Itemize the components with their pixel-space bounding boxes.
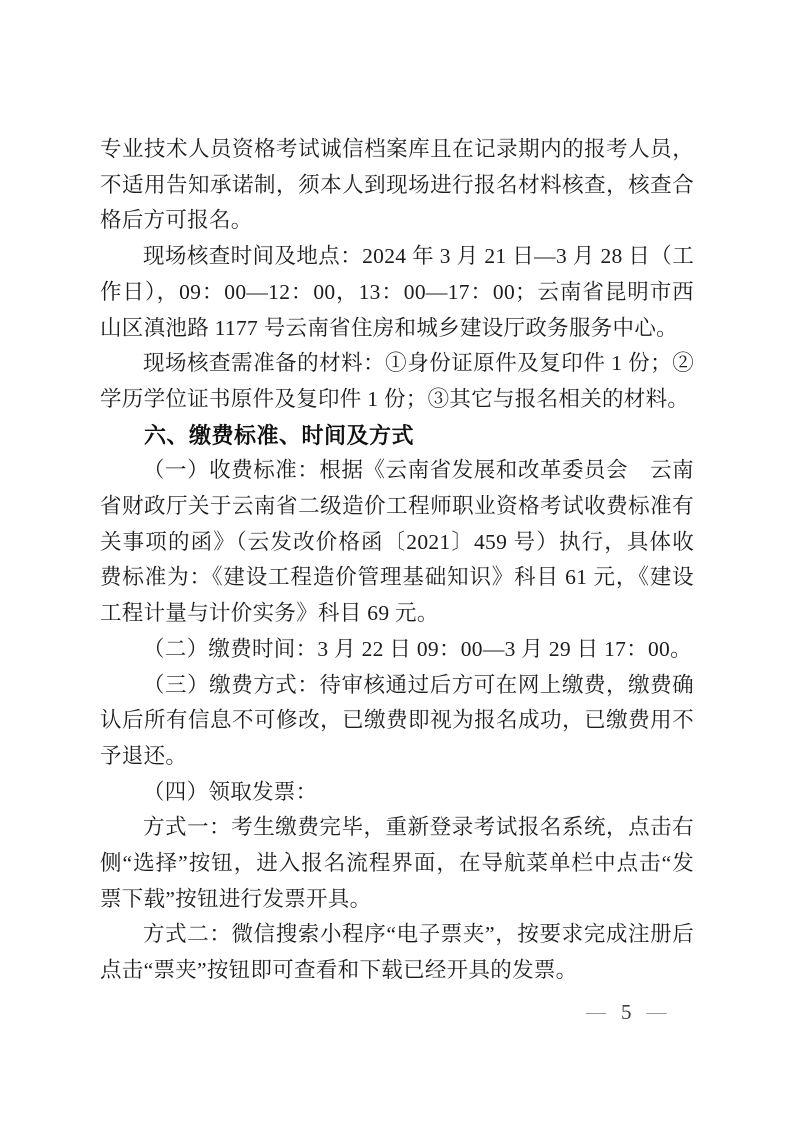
section-heading-payment: 六、缴费标准、时间及方式 bbox=[100, 418, 694, 454]
paragraph-invoice-method-1: 方式一：考生缴费完毕，重新登录考试报名系统，点击右侧“选择”按钮，进入报名流程界… bbox=[100, 810, 694, 917]
paragraph-payment-time: （二）缴费时间：3 月 22 日 09：00—3 月 29 日 17：00。 bbox=[100, 632, 694, 668]
paragraph-payment-method: （三）缴费方式：待审核通过后方可在网上缴费，缴费确认后所有信息不可修改，已缴费即… bbox=[100, 668, 694, 775]
page-number-dash-left: — bbox=[586, 1001, 606, 1023]
paragraph-onsite-check-time: 现场核查时间及地点：2024 年 3 月 21 日—3 月 28 日（工作日），… bbox=[100, 239, 694, 346]
paragraph-invoice-heading: （四）领取发票： bbox=[100, 775, 694, 811]
document-page: 专业技术人员资格考试诚信档案库且在记录期内的报考人员，不适用告知承诺制，须本人到… bbox=[0, 0, 793, 1122]
paragraph-fee-standard: （一）收费标准：根据《云南省发展和改革委员会 云南省财政厅关于云南省二级造价工程… bbox=[100, 453, 694, 632]
document-body: 专业技术人员资格考试诚信档案库且在记录期内的报考人员，不适用告知承诺制，须本人到… bbox=[100, 132, 694, 989]
page-number-dash-right: — bbox=[647, 1001, 667, 1023]
paragraph-invoice-method-2: 方式二：微信搜索小程序“电子票夹”，按要求完成注册后点击“票夹”按钮即可查看和下… bbox=[100, 917, 694, 988]
paragraph-onsite-check-materials: 现场核查需准备的材料：①身份证原件及复印件 1 份；②学历学位证书原件及复印件 … bbox=[100, 346, 694, 417]
page-number: — 5 — bbox=[586, 1001, 667, 1023]
page-number-value: 5 bbox=[621, 1001, 632, 1023]
paragraph-continuation: 专业技术人员资格考试诚信档案库且在记录期内的报考人员，不适用告知承诺制，须本人到… bbox=[100, 132, 694, 239]
